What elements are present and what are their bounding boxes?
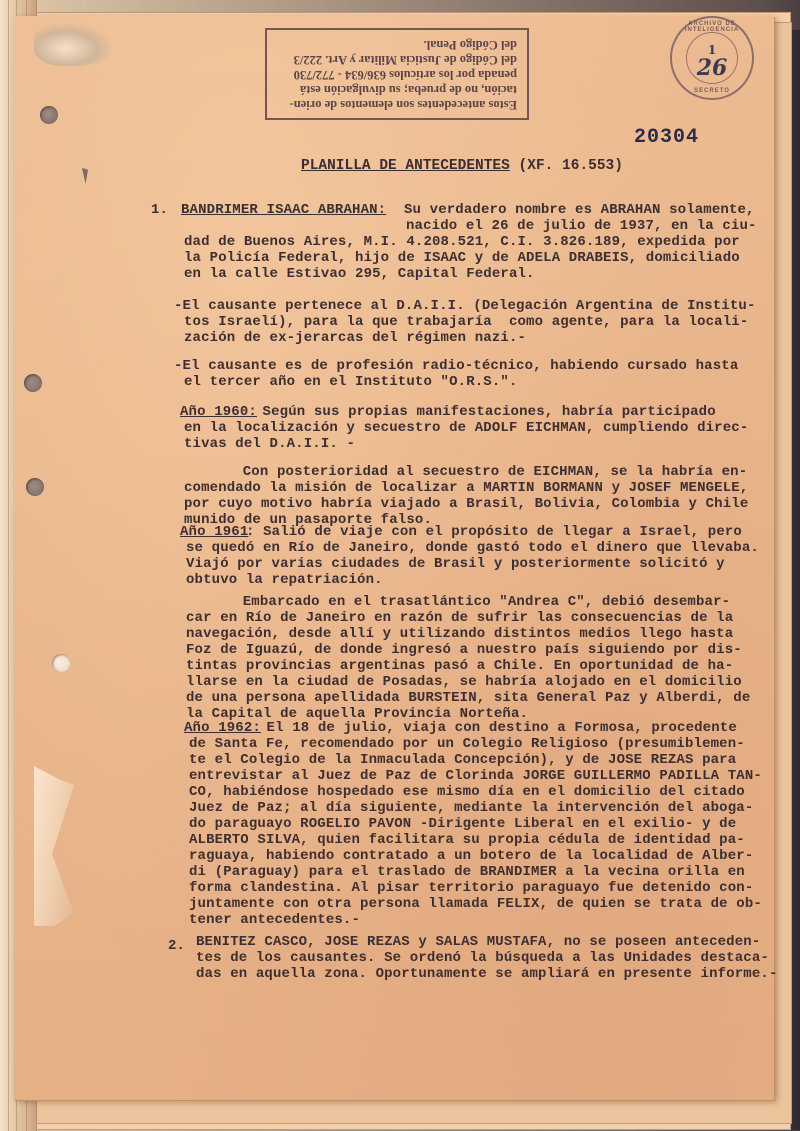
archive-seal-icon: ARCHIVO DE INTELIGENCIA 1 26 SECRETO xyxy=(670,16,754,100)
text-line: CO, habiéndose hospedado ese mismo día e… xyxy=(189,784,745,800)
text-line: Viajó por varias ciudades de Brasil y po… xyxy=(186,556,725,572)
year-label-1960: Año 1960: xyxy=(180,404,257,420)
text-line: el tercer año en el Instituto "O.R.S.". xyxy=(184,374,518,390)
text-line: El 18 de julio, viaja con destino a Form… xyxy=(258,720,737,736)
stamp-line: Estos antecedentes son elementos de orie… xyxy=(277,97,517,112)
seal-inner-ring: 1 26 xyxy=(686,32,738,84)
text-line: Con posterioridad al secuestro de EICHMA… xyxy=(200,464,747,480)
text-line: tintas provincias argentinas pasó a Chil… xyxy=(186,658,733,674)
item-subject: BANDRIMER ISAAC ABRAHAN: xyxy=(181,202,386,218)
text-line: car en Río de Janeiro en razón de sufrir… xyxy=(186,610,733,626)
text-line: entrevistar al Juez de Paz de Clorinda J… xyxy=(189,768,762,784)
text-line: juntamente con otra persona llamada FELI… xyxy=(189,896,762,912)
tear-mark xyxy=(82,168,88,184)
text-line: zación de ex-jerarcas del régimen nazi.- xyxy=(184,330,526,346)
text-line: raguaya, habiendo contratado a un botero… xyxy=(189,848,753,864)
text-line: en la calle Estivao 295, Capital Federal… xyxy=(184,266,535,282)
stamp-line: del Código de Justicia Militar y Art. 22… xyxy=(277,52,517,67)
text-line: llarse en la ciudad de Posadas, se habrí… xyxy=(186,674,742,690)
text-line: do paraguayo ROGELIO PAVON -Dirigente Li… xyxy=(189,816,736,832)
text-line: Según sus propias manifestaciones, habrí… xyxy=(254,404,716,420)
text-line: Su verdadero nombre es ABRAHAN solamente… xyxy=(404,202,755,218)
item-number: 1. xyxy=(151,202,168,218)
year-label-1961: Año 1961 xyxy=(180,524,248,540)
torn-corner xyxy=(34,22,114,66)
text-line: tes de los causantes. Se ordenó la búsqu… xyxy=(196,950,769,966)
text-line: por cuyo motivo habría viajado a Brasil,… xyxy=(184,496,748,512)
confidentiality-stamp: Estos antecedentes son elementos de orie… xyxy=(265,28,529,120)
scanned-document-scene: Estos antecedentes son elementos de orie… xyxy=(0,0,800,1131)
text-line: de Santa Fe, recomendado por un Colegio … xyxy=(189,736,745,752)
text-line: en la localización y secuestro de ADOLF … xyxy=(184,420,748,436)
binding-line xyxy=(8,0,9,1131)
text-line: BENITEZ CASCO, JOSE REZAS y SALAS MUSTAF… xyxy=(196,934,760,950)
stamp-line: penada por los artículos 636/634 - 772/7… xyxy=(277,67,517,82)
folded-paper-tab xyxy=(34,766,74,926)
text-line: la Policía Federal, hijo de ISAAC y de A… xyxy=(184,250,740,266)
stamp-line: tación, no de prueba; su divulgación est… xyxy=(277,82,517,97)
title-text: PLANILLA DE ANTECEDENTES xyxy=(301,158,510,174)
document-page: Estos antecedentes son elementos de orie… xyxy=(14,16,774,1100)
text-line: di (Paraguay) para el traslado de BRANDI… xyxy=(189,864,745,880)
seal-ring-text: SECRETO xyxy=(672,88,752,94)
text-line: te el Colegio de la Inmaculada Concepció… xyxy=(189,752,736,768)
text-line: ALBERTO SILVA, quien facilitara su propi… xyxy=(189,832,745,848)
text-line: obtuvo la repatriación. xyxy=(186,572,383,588)
stamp-line: del Código Penal. xyxy=(277,37,517,52)
text-line: comendado la misión de localizar a MARTI… xyxy=(184,480,748,496)
punch-hole xyxy=(24,374,42,392)
text-line: : Salió de viaje con el propósito de lle… xyxy=(246,524,742,540)
text-line: Juez de Paz; al día siguiente, mediante … xyxy=(189,800,753,816)
seal-handwritten-folio: 26 xyxy=(687,55,737,81)
text-line: forma clandestina. Al pisar territorio p… xyxy=(189,880,753,896)
text-line: tener antecedentes.- xyxy=(189,912,360,928)
punch-hole xyxy=(26,478,44,496)
year-label-1962: Año 1962: xyxy=(184,720,261,736)
title-reference: (XF. 16.553) xyxy=(519,158,623,174)
text-line: de una persona apellidada BURSTEIN, sita… xyxy=(186,690,750,706)
text-line: Foz de Iguazú, de donde ingresó a nuestr… xyxy=(186,642,742,658)
punch-hole xyxy=(40,106,58,124)
text-line: -El causante pertenece al D.A.I.I. (Dele… xyxy=(174,298,756,314)
file-number: 20304 xyxy=(634,126,699,149)
page-title: PLANILLA DE ANTECEDENTES (XF. 16.553) xyxy=(301,158,623,174)
text-line: tos Israelí), para la que trabajaría com… xyxy=(184,314,748,330)
text-line: navegación, desde allí y utilizando dist… xyxy=(186,626,733,642)
text-line: se quedó en Río de Janeiro, donde gastó … xyxy=(186,540,759,556)
text-line: das en aquella zona. Oportunamente se am… xyxy=(196,966,778,982)
punch-hole xyxy=(52,654,70,672)
text-line: tivas del D.A.I.I. - xyxy=(184,436,355,452)
item-number: 2. xyxy=(168,938,185,954)
text-line: -El causante es de profesión radio-técni… xyxy=(174,358,738,374)
text-line: nacido el 26 de julio de 1937, en la ciu… xyxy=(406,218,757,234)
text-line: Embarcado en el trasatlántico "Andrea C"… xyxy=(200,594,730,610)
text-line: dad de Buenos Aires, M.I. 4.208.521, C.I… xyxy=(184,234,740,250)
